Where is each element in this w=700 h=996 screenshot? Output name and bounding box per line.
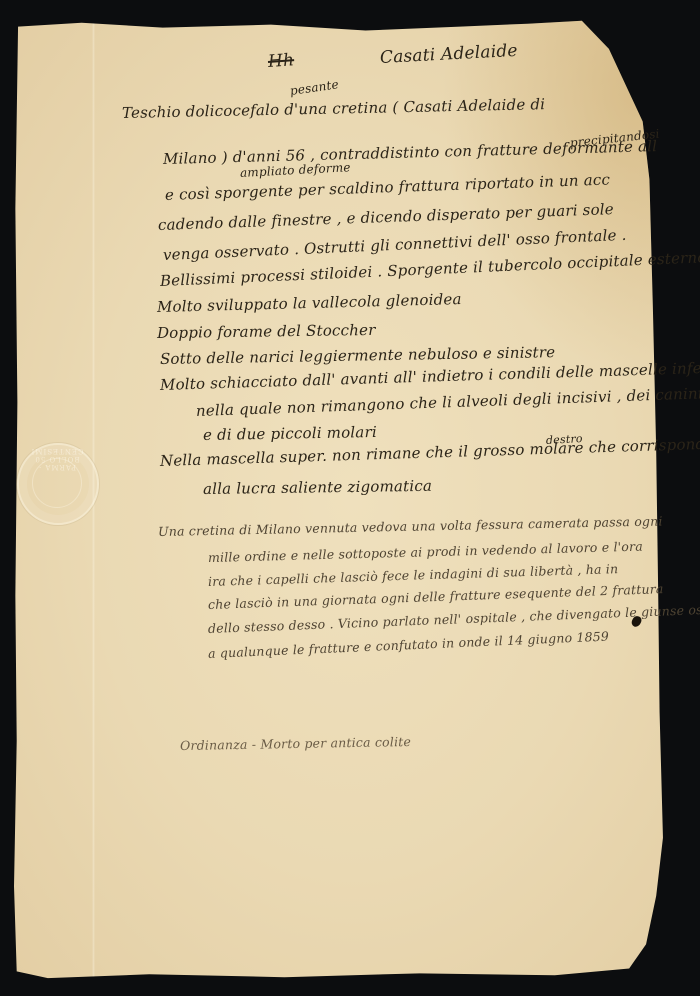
struck-header-mark: Hh (267, 50, 295, 72)
stamp-legend: PARMA · BOLLO 50 CENTESIMI (25, 447, 89, 471)
text-line-8: Doppio forame del Stoccher (157, 321, 376, 342)
stamp-circle: PARMA · BOLLO 50 CENTESIMI (17, 443, 99, 525)
text-line-12: e di due piccoli molari (203, 423, 377, 444)
embossed-stamp: PARMA · BOLLO 50 CENTESIMI (0, 400, 120, 530)
text-line-14: alla lucra saliente zigomatica (203, 477, 432, 498)
scan-background: PARMA · BOLLO 50 CENTESIMI Hh Casati Ade… (0, 0, 700, 996)
